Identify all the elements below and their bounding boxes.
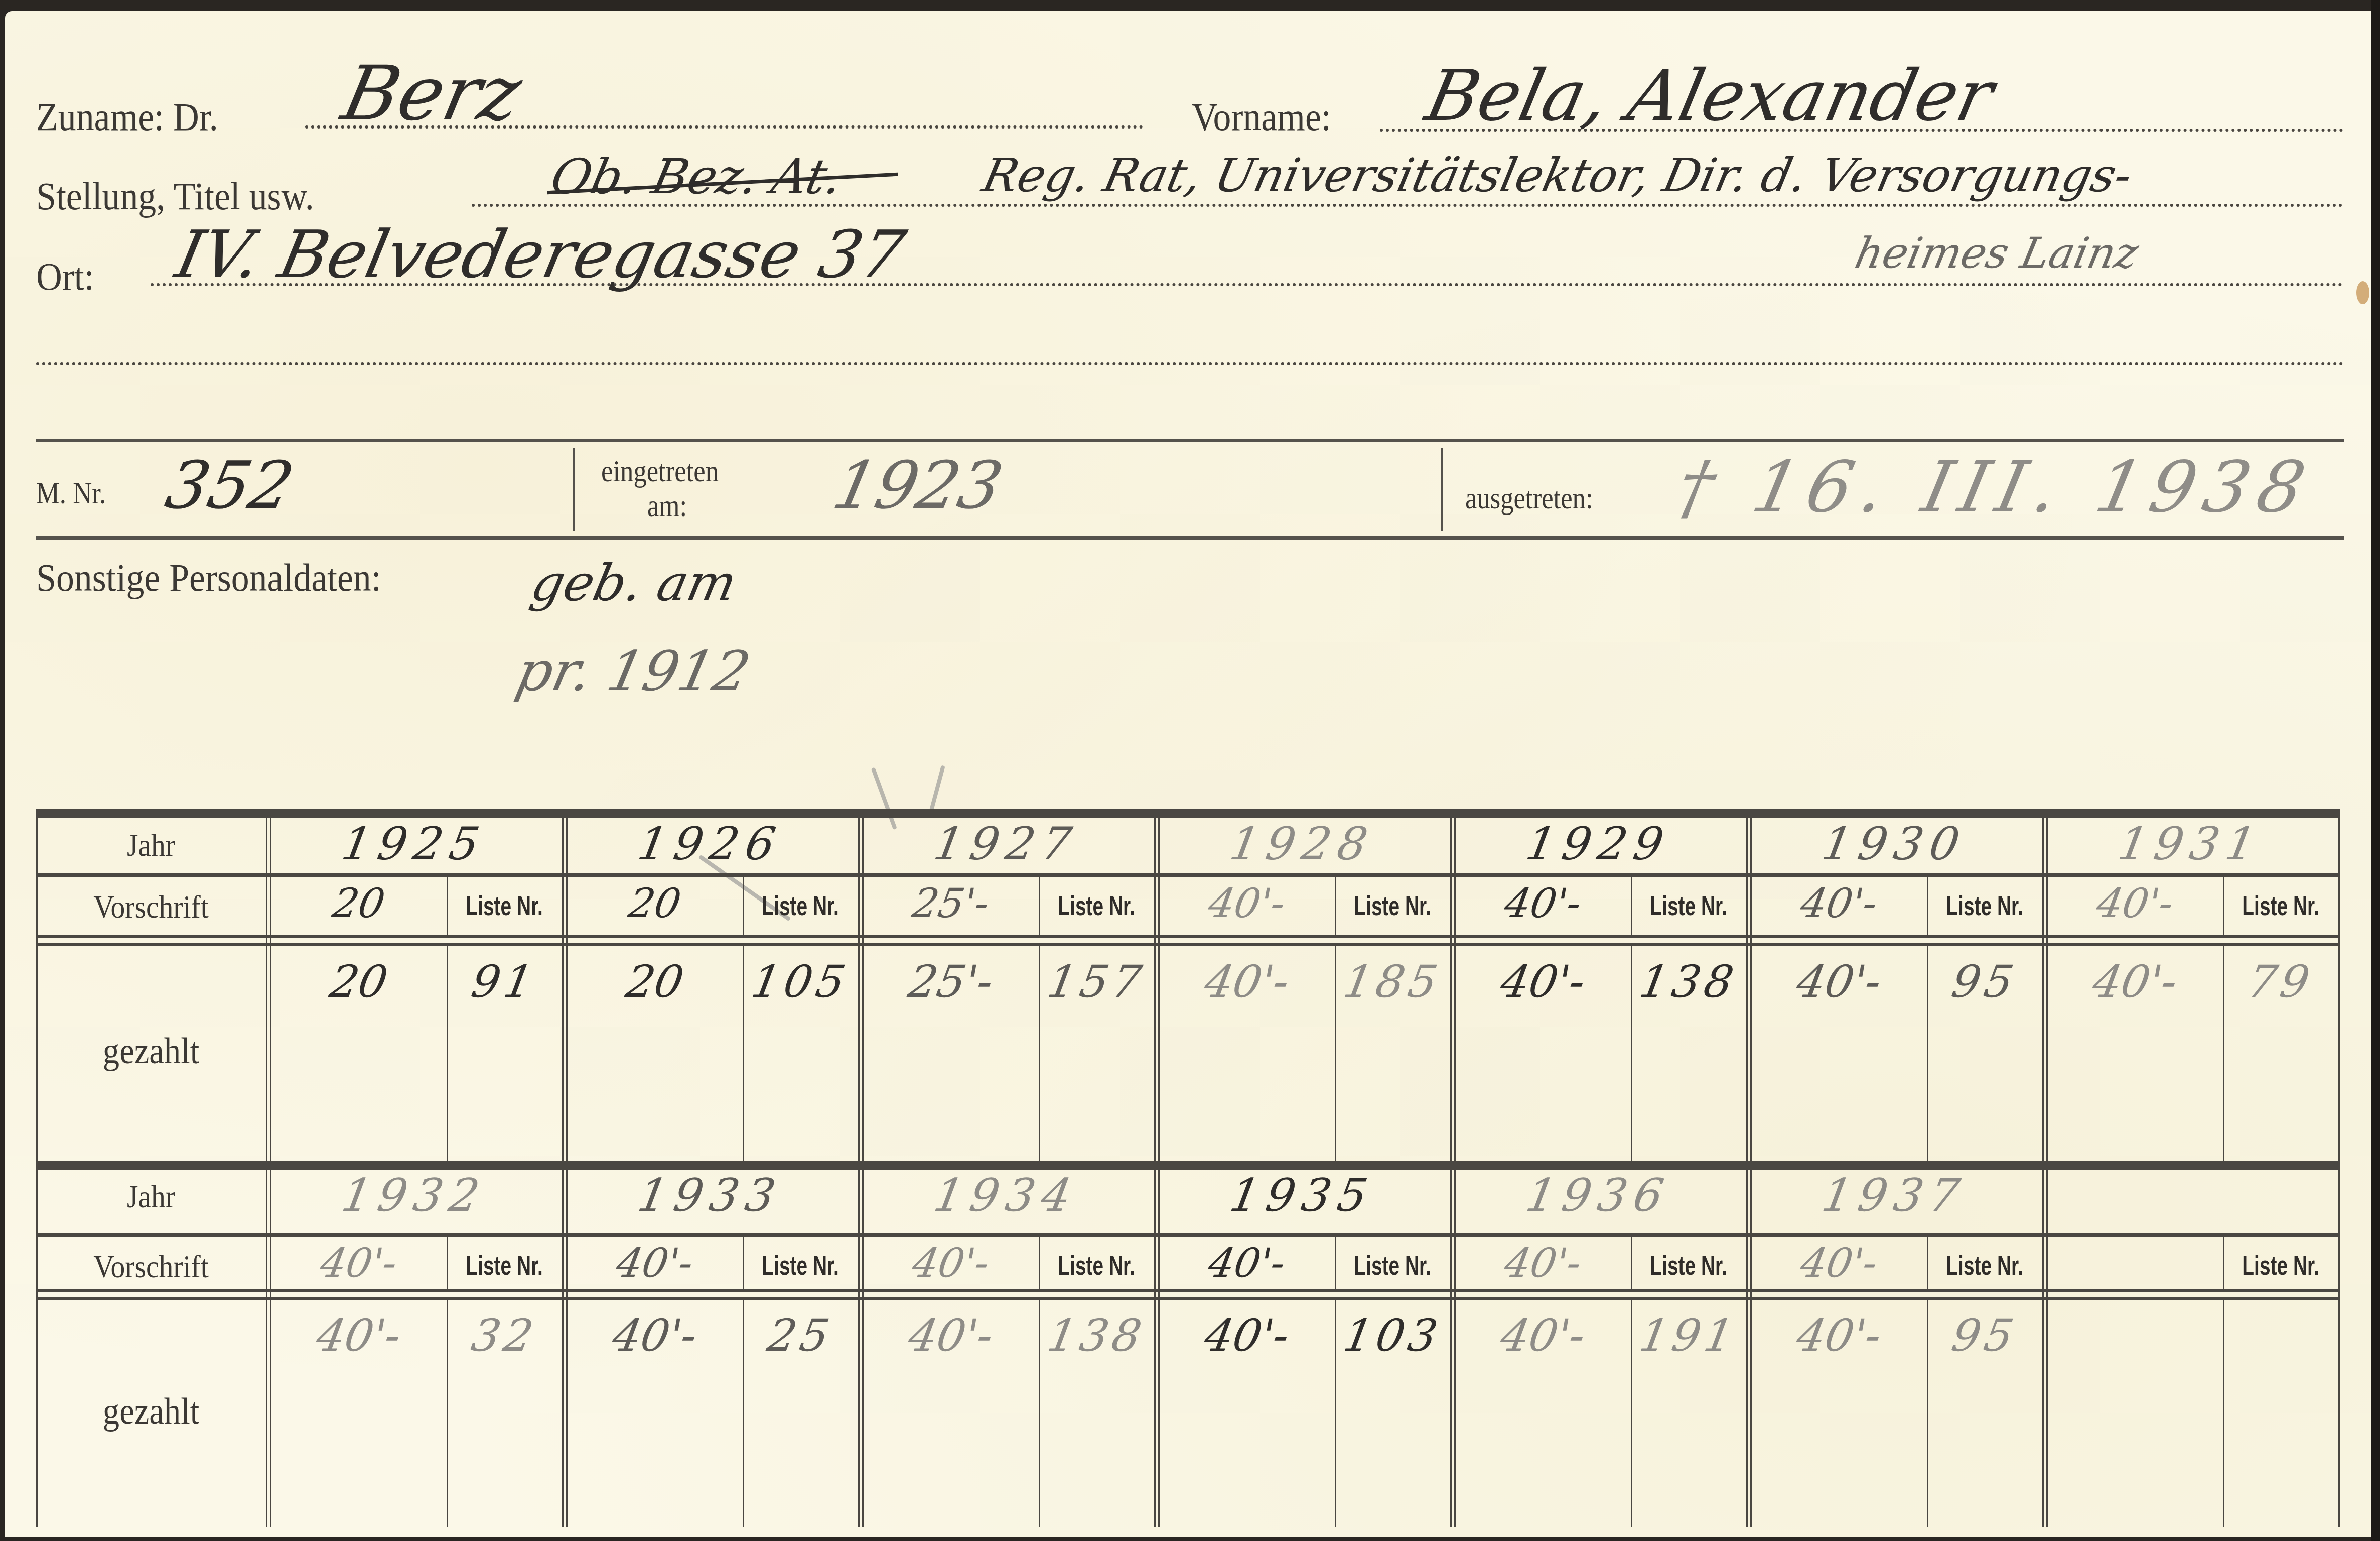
table-rule: [36, 1233, 2338, 1237]
vorschrift-value: 40'-: [1753, 1243, 1925, 1283]
year-divider: [566, 809, 568, 1161]
liste-divider: [1335, 877, 1336, 935]
jahr-value: 1934: [874, 1173, 1138, 1218]
table-border-right: [2338, 809, 2340, 1161]
liste-divider: [1335, 946, 1336, 1161]
table-divider: [270, 1161, 271, 1527]
liste-nr-header: Liste Nr.: [1055, 892, 1138, 920]
year-divider: [1158, 1161, 1160, 1527]
liste-nr-header: Liste Nr.: [463, 1252, 546, 1279]
stellung-struck-value: Ob. Bez. At.: [547, 153, 847, 201]
table-rule-heavy: [36, 1161, 2338, 1170]
row-label-jahr: Jahr: [48, 1181, 254, 1213]
row-label-jahr: Jahr: [48, 829, 254, 861]
row-label-gezahlt: gezahlt: [48, 1393, 254, 1430]
gezahlt-value: 40'-: [2048, 960, 2221, 1004]
jahr-value: 1930: [1762, 822, 2026, 867]
blank-line: [36, 362, 2344, 365]
liste-divider: [1039, 877, 1040, 935]
year-divider: [1154, 809, 1156, 1161]
zuname-label: Zuname: Dr.: [36, 97, 218, 137]
gezahlt-value: 25'-: [864, 960, 1037, 1004]
jahr-value: 1937: [1762, 1173, 2026, 1218]
year-divider: [1746, 1161, 1748, 1527]
gezahlt-value: 40'-: [272, 1314, 445, 1358]
gezahlt-value: 20: [568, 960, 741, 1004]
liste-divider: [1039, 946, 1040, 1161]
year-divider: [1750, 1161, 1752, 1527]
liste-value: 25: [744, 1314, 857, 1358]
liste-divider: [743, 946, 744, 1161]
vorname-value: Bela, Alexander: [1420, 61, 1999, 132]
liste-divider: [1927, 1300, 1928, 1527]
year-divider: [1454, 1161, 1456, 1527]
liste-nr-header: Liste Nr.: [1943, 892, 2026, 920]
year-divider: [858, 1161, 860, 1527]
liste-nr-header: Liste Nr.: [1351, 892, 1434, 920]
liste-nr-header: Liste Nr.: [759, 1252, 842, 1279]
jahr-value: 1925: [282, 822, 546, 867]
table-divider: [270, 809, 271, 1161]
vorschrift-value: 40'-: [1161, 1243, 1333, 1283]
vorschrift-value: 40'-: [2049, 883, 2221, 924]
liste-nr-header: Liste Nr.: [1351, 1252, 1434, 1279]
jahr-value: 1936: [1466, 1173, 1730, 1218]
liste-value: 91: [448, 960, 561, 1004]
table-divider: [266, 1161, 267, 1527]
vorschrift-value: 40'-: [1753, 883, 1925, 924]
liste-value: 185: [1336, 960, 1449, 1004]
section-rule-top: [36, 439, 2344, 442]
vorschrift-value: 40'-: [1457, 883, 1629, 924]
liste-divider: [1927, 946, 1928, 1161]
liste-divider: [1039, 1300, 1040, 1527]
liste-nr-header: Liste Nr.: [463, 892, 546, 920]
year-divider: [1746, 809, 1748, 1161]
liste-divider: [743, 1237, 744, 1289]
vorschrift-value: 20: [569, 883, 741, 924]
row-label-gezahlt: gezahlt: [48, 1033, 254, 1070]
liste-value: 103: [1336, 1314, 1449, 1358]
row-label-vorschrift: Vorschrift: [48, 1251, 254, 1283]
jahr-value: 1931: [2058, 822, 2322, 867]
liste-value: 32: [448, 1314, 561, 1358]
liste-value: 157: [1040, 960, 1153, 1004]
gezahlt-value: 40'-: [864, 1314, 1037, 1358]
jahr-value: 1933: [578, 1173, 842, 1218]
liste-divider: [447, 877, 448, 935]
year-divider: [2046, 809, 2048, 1161]
table-rule-double: [36, 1289, 2338, 1292]
year-divider: [1750, 809, 1752, 1161]
liste-divider: [1335, 1237, 1336, 1289]
liste-divider: [447, 1300, 448, 1527]
year-divider: [1154, 1161, 1156, 1527]
table-divider: [266, 809, 267, 1161]
liste-divider: [2223, 1300, 2224, 1527]
gezahlt-value: 40'-: [1160, 960, 1333, 1004]
jahr-value: 1935: [1170, 1173, 1434, 1218]
year-divider: [2046, 1161, 2048, 1527]
table-border-right: [2338, 1161, 2340, 1527]
liste-nr-header: Liste Nr.: [1943, 1252, 2026, 1279]
gezahlt-value: 40'-: [1456, 960, 1629, 1004]
liste-divider: [447, 1237, 448, 1289]
stellung-continuation: heimes Lainz: [1852, 232, 2142, 274]
table-rule-double: [36, 935, 2338, 938]
vorschrift-value: 40'-: [569, 1243, 741, 1283]
liste-divider: [2223, 946, 2224, 1161]
membership-index-card: Zuname: Dr. Berz Vorname: Bela, Alexande…: [5, 11, 2372, 1537]
year-divider: [1454, 809, 1456, 1161]
year-divider: [2042, 809, 2044, 1161]
stellung-label: Stellung, Titel usw.: [36, 177, 314, 216]
liste-value: 95: [1928, 1314, 2041, 1358]
table-rule-heavy: [36, 809, 2338, 818]
vorschrift-value: 40'-: [1457, 1243, 1629, 1283]
table-border-left: [36, 1161, 38, 1527]
sonstige-line2: pr. 1912: [512, 644, 755, 699]
paper-stain: [2356, 281, 2369, 304]
liste-value: 105: [744, 960, 857, 1004]
table-rule: [36, 873, 2338, 877]
jahr-value: 1932: [282, 1173, 546, 1218]
liste-divider: [1927, 877, 1928, 935]
liste-divider: [1631, 1237, 1632, 1289]
liste-divider: [2223, 1237, 2224, 1289]
jahr-value: 1929: [1466, 822, 1730, 867]
year-divider: [858, 809, 860, 1161]
liste-divider: [1631, 946, 1632, 1161]
table-rule-double: [36, 943, 2338, 946]
liste-divider: [1039, 1237, 1040, 1289]
section-rule-bottom: [36, 536, 2344, 540]
liste-nr-header: Liste Nr.: [2239, 892, 2322, 920]
ort-label: Ort:: [36, 257, 94, 296]
vorschrift-value: 25'-: [865, 883, 1037, 924]
year-divider: [862, 1161, 864, 1527]
liste-nr-header: Liste Nr.: [1647, 892, 1730, 920]
year-divider: [562, 809, 564, 1161]
table-border-left: [36, 809, 38, 1161]
liste-divider: [1631, 877, 1632, 935]
stellung-value: Reg. Rat, Universitätslektor, Dir. d. Ve…: [978, 153, 2136, 199]
liste-divider: [1631, 1300, 1632, 1527]
sonstige-label: Sonstige Personaldaten:: [36, 558, 381, 597]
year-divider: [1450, 1161, 1452, 1527]
section-divider-2: [1441, 448, 1443, 531]
gezahlt-value: 20: [272, 960, 445, 1004]
eingetreten-value: 1923: [828, 453, 1008, 518]
vorschrift-value: 40'-: [865, 1243, 1037, 1283]
mnr-value: 352: [161, 453, 299, 518]
mnr-label: M. Nr.: [36, 478, 106, 509]
table-rule-double: [36, 1297, 2338, 1300]
ausgetreten-value: † 16. III. 1938: [1671, 453, 2320, 523]
check-mark-icon: [871, 767, 897, 830]
row-label-vorschrift: Vorschrift: [48, 891, 254, 923]
zuname-value: Berz: [336, 56, 528, 132]
liste-value: 138: [1632, 960, 1745, 1004]
liste-divider: [1927, 1237, 1928, 1289]
year-divider: [862, 809, 864, 1161]
vorschrift-value: 40'-: [1161, 883, 1333, 924]
liste-value: 191: [1632, 1314, 1745, 1358]
gezahlt-value: 40'-: [1456, 1314, 1629, 1358]
gezahlt-value: 40'-: [568, 1314, 741, 1358]
vorschrift-value: 20: [272, 883, 445, 924]
year-divider: [566, 1161, 568, 1527]
sonstige-line1: geb. am: [527, 558, 741, 608]
card-edge: [2371, 0, 2380, 1541]
jahr-value: 1928: [1170, 822, 1434, 867]
year-divider: [562, 1161, 564, 1527]
gezahlt-value: 40'-: [1160, 1314, 1333, 1358]
liste-value: 79: [2224, 960, 2337, 1004]
year-divider: [1158, 809, 1160, 1161]
liste-value: 95: [1928, 960, 2041, 1004]
section-divider-1: [573, 448, 575, 531]
gezahlt-value: 40'-: [1752, 1314, 1925, 1358]
liste-nr-header: Liste Nr.: [1647, 1252, 1730, 1279]
gezahlt-value: 40'-: [1752, 960, 1925, 1004]
liste-nr-header: Liste Nr.: [759, 892, 842, 920]
eingetreten-am-label: am:: [647, 490, 687, 522]
ort-value: IV. Belvederegasse 37: [171, 222, 910, 287]
vorname-label: Vorname:: [1192, 97, 1331, 137]
ausgetreten-label: ausgetreten:: [1465, 483, 1593, 514]
eingetreten-label: eingetreten: [601, 456, 719, 487]
liste-divider: [2223, 877, 2224, 935]
liste-divider: [743, 877, 744, 935]
liste-value: 138: [1040, 1314, 1153, 1358]
liste-nr-header: Liste Nr.: [2239, 1252, 2322, 1279]
jahr-value: 1926: [578, 822, 842, 867]
jahr-value: 1927: [874, 822, 1138, 867]
vorschrift-value: 40'-: [272, 1243, 445, 1283]
liste-divider: [447, 946, 448, 1161]
year-divider: [2042, 1161, 2044, 1527]
liste-divider: [1335, 1300, 1336, 1527]
liste-divider: [743, 1300, 744, 1527]
liste-nr-header: Liste Nr.: [1055, 1252, 1138, 1279]
year-divider: [1450, 809, 1452, 1161]
check-mark-icon: [928, 765, 945, 815]
